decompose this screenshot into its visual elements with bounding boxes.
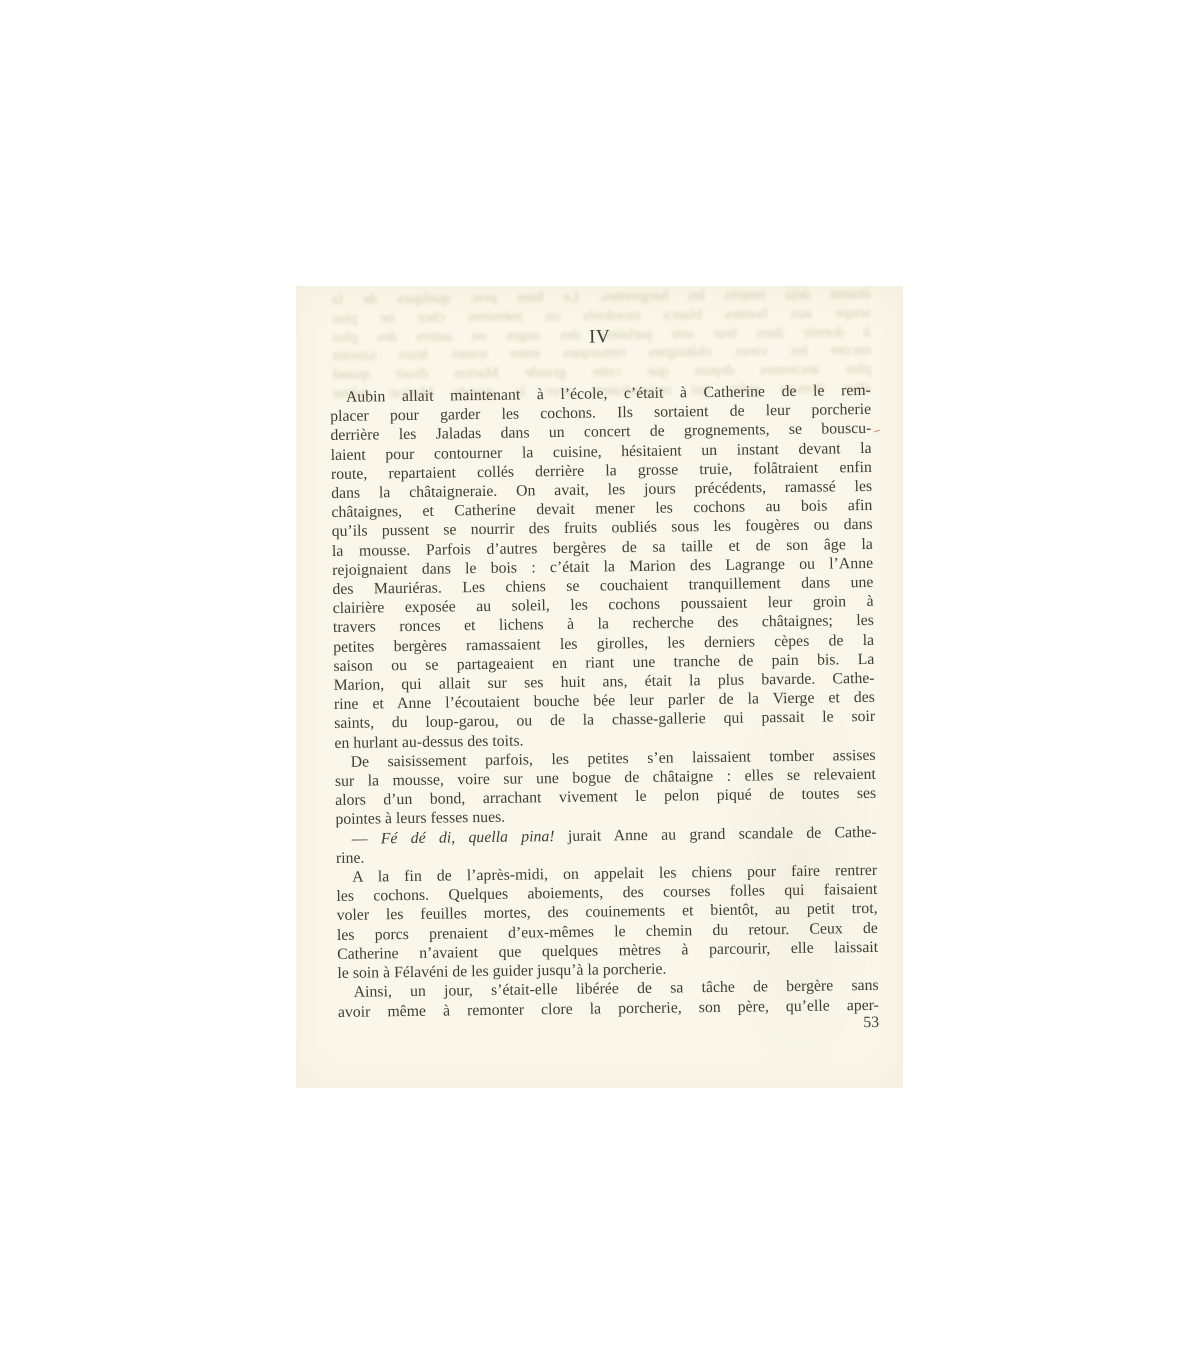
scan-canvas: étaient déjà rentrés les bergerettes. Le… [0,0,1200,1372]
paragraph: Aubin allait maintenant à l’école, c’éta… [330,381,876,753]
body-text: Aubin allait maintenant à l’école, c’éta… [330,381,879,1022]
paragraph: Ainsi, un jour, s’était-elle libérée de … [338,976,879,1021]
italic-phrase: Fé dé di, quella pina! [381,828,555,847]
margin-mark-icon: ∽ [872,426,883,438]
page-content: IV Aubin allait maintenant à l’école, c’… [329,323,879,1039]
chapter-heading: IV [329,323,870,352]
paragraph: A la fin de l’après-midi, on appelait le… [336,861,878,983]
showthrough-line: étaient déjà rentrés les bergerettes. Le… [332,285,870,309]
paragraph: De saisissement parfois, les petites s’e… [335,746,877,830]
text-segment: jurait Anne au grand scandale de Cathe- [554,824,876,845]
book-page: étaient déjà rentrés les bergerettes. Le… [296,286,903,1088]
text-segment: — [352,830,381,847]
